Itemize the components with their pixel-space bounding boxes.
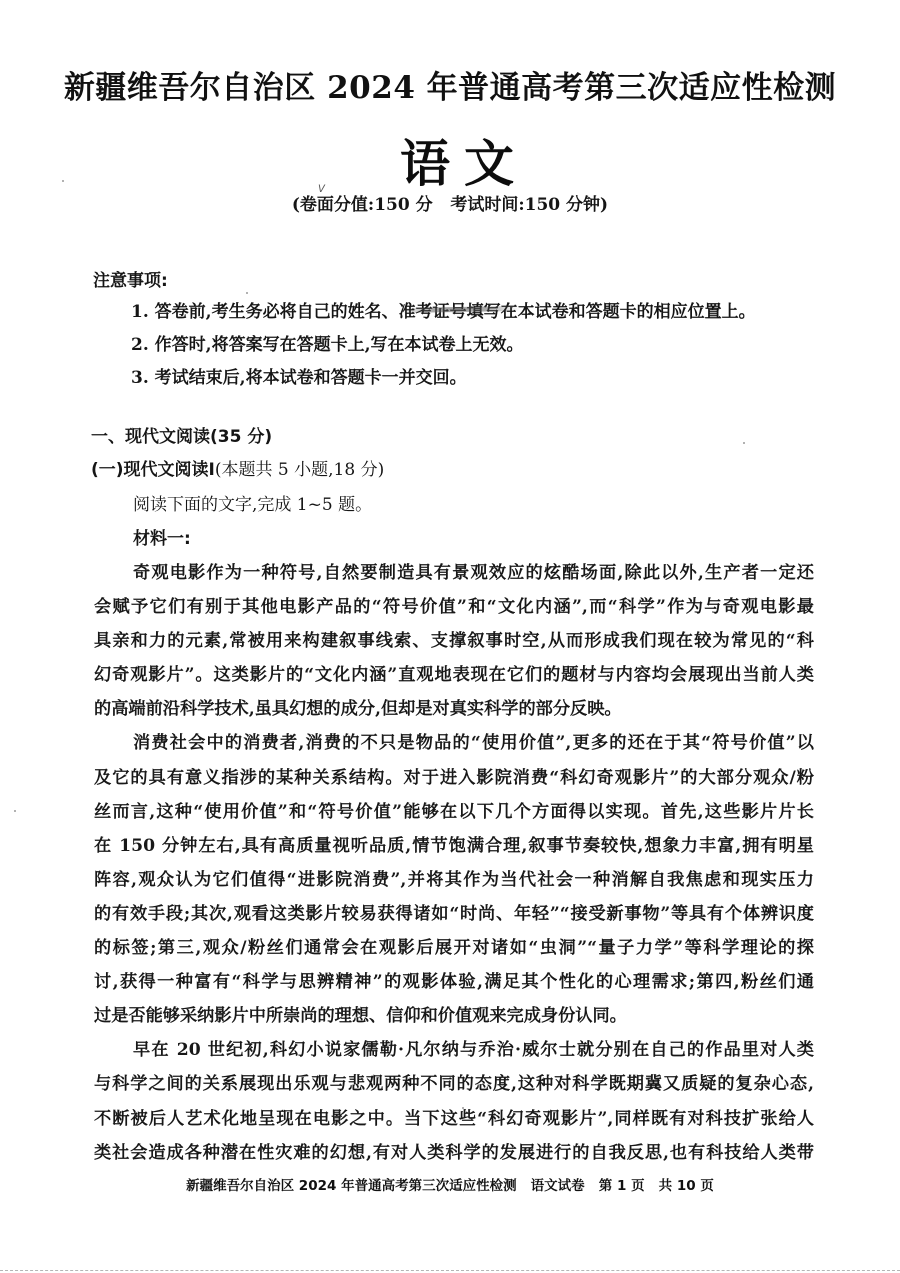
passage-line: 类社会造成各种潜在性灾难的幻想,有对人类科学的发展进行的自我反思,也有科技给人类… xyxy=(94,1136,814,1170)
passage-line: 早在 20 世纪初,科幻小说家儒勒·凡尔纳与乔治·威尔士就分别在自己的作品里对人… xyxy=(94,1033,814,1067)
scan-speck xyxy=(14,810,16,812)
scan-speck xyxy=(246,292,248,294)
page-bottom-rule xyxy=(0,1270,900,1271)
notice-item: 2. 作答时,将答案写在答题卡上,写在本试卷上无效。 xyxy=(131,329,756,362)
exam-meta: (卷面分值:150 分 考试时间:150 分钟) xyxy=(0,191,900,219)
passage-line: 与科学之间的关系展现出乐观与悲观两种不同的态度,这种对科学既期冀又质疑的复杂心态… xyxy=(94,1067,814,1101)
passage-body: 奇观电影作为一种符号,自然要制造具有景观效应的炫酷场面,除此以外,生产者一定还 … xyxy=(94,556,814,1170)
passage-line: 幻奇观影片”。这类影片的“文化内涵”直观地表现在它们的题材与内容均会展现出当前人… xyxy=(94,658,814,692)
passage-line: 丝而言,这种“使用价值”和“符号价值”能够在以下几个方面得以实现。首先,这些影片… xyxy=(94,795,814,829)
scan-speck xyxy=(743,442,745,444)
passage-line: 讨,获得一种富有“科学与思辨精神”的观影体验,满足其个性化的心理需求;第四,粉丝… xyxy=(94,965,814,999)
section-heading: 一、现代文阅读(35 分) xyxy=(91,424,272,450)
passage-line: 及它的具有意义指涉的某种关系结构。对于进入影院消费“科幻奇观影片”的大部分观众/… xyxy=(94,761,814,795)
exam-page: 新疆维吾尔自治区 2024 年普通高考第三次适应性检测 语文 ᐯ (卷面分值:1… xyxy=(0,0,900,1273)
passage-line: 的高端前沿科学技术,虽具幻想的成分,但却是对真实科学的部分反映。 xyxy=(94,692,814,726)
passage-line: 消费社会中的消费者,消费的不只是物品的“使用价值”,更多的还在于其“符号价值”以 xyxy=(94,726,814,760)
subsection-note: (本题共 5 小题,18 分) xyxy=(215,460,384,480)
notice-item: 3. 考试结束后,将本试卷和答题卡一并交回。 xyxy=(131,362,756,395)
scan-speck xyxy=(462,1107,464,1109)
passage-line: 在 150 分钟左右,具有高质量视听品质,情节饱满合理,叙事节奏较快,想象力丰富… xyxy=(94,829,814,863)
passage-line: 的标签;第三,观众/粉丝们通常会在观影后展开对诸如“虫洞”“量子力学”等科学理论… xyxy=(94,931,814,965)
subsection-title: (一)现代文阅读Ⅰ xyxy=(91,460,215,480)
notice-heading: 注意事项: xyxy=(93,268,168,294)
subsection-heading: (一)现代文阅读Ⅰ(本题共 5 小题,18 分) xyxy=(91,456,384,484)
page-footer: 新疆维吾尔自治区 2024 年普通高考第三次适应性检测 语文试卷 第 1 页 共… xyxy=(0,1175,900,1197)
material-label: 材料一: xyxy=(133,525,191,553)
passage-line: 的有效手段;其次,观看这类影片较易获得诸如“时尚、年轻”“接受新事物”等具有个体… xyxy=(94,897,814,931)
subject-title: 语文 xyxy=(0,132,900,196)
reading-instruction: 阅读下面的文字,完成 1~5 题。 xyxy=(133,491,372,519)
passage-line: 不断被后人艺术化地呈现在电影之中。当下这些“科幻奇观影片”,同样既有对科技扩张给… xyxy=(94,1102,814,1136)
notice-item: 1. 答卷前,考生务必将自己的姓名、准考证号填写在本试卷和答题卡的相应位置上。 xyxy=(131,296,756,329)
passage-line: 阵容,观众认为它们值得“进影院消费”,并将其作为当代社会一种消解自我焦虑和现实压… xyxy=(94,863,814,897)
passage-line: 具亲和力的元素,常被用来构建叙事线索、支撑叙事时空,从而形成我们现在较为常见的“… xyxy=(94,624,814,658)
passage-line: 奇观电影作为一种符号,自然要制造具有景观效应的炫酷场面,除此以外,生产者一定还 xyxy=(94,556,814,590)
passage-line: 过是否能够采纳影片中所崇尚的理想、信仰和价值观来完成身份认同。 xyxy=(94,999,814,1033)
passage-line: 会赋予它们有别于其他电影产品的“符号价值”和“文化内涵”,而“科学”作为与奇观电… xyxy=(94,590,814,624)
exam-title: 新疆维吾尔自治区 2024 年普通高考第三次适应性检测 xyxy=(0,68,900,108)
scan-speck xyxy=(62,180,64,182)
